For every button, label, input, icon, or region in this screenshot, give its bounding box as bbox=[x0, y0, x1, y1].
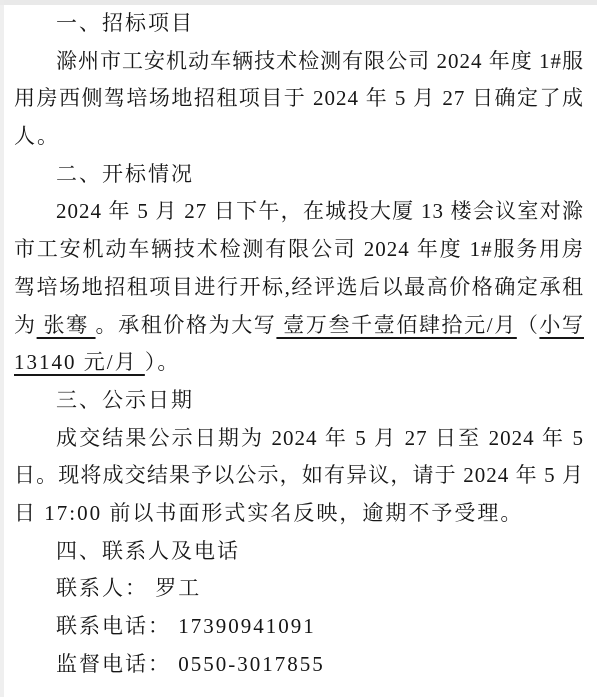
text-segment: 三、公示日期 bbox=[56, 388, 194, 412]
text-segment: ）。 bbox=[145, 350, 181, 374]
para-3-line-2: 日。现将成交结果予以公示，如有异议，请于 2024 年 5 月 29 bbox=[14, 457, 584, 495]
text-segment: 用房西侧驾培场地招租项目于 2024 年 5 月 27 日确定了成交 bbox=[14, 86, 584, 118]
para-1-line-2: 用房西侧驾培场地招租项目于 2024 年 5 月 27 日确定了成交 bbox=[14, 80, 584, 118]
announcement-document: 一、招标项目滁州市工安机动车辆技术检测有限公司 2024 年度 1#服务用房西侧… bbox=[0, 0, 597, 683]
text-segment: 市工安机动车辆技术检测有限公司 2024 年度 1#服务用房西侧 bbox=[14, 237, 584, 269]
para-2-line-3: 驾培场地招租项目进行开标,经评选后以最高价格确定承租人 bbox=[14, 269, 584, 307]
text-segment: 日 17:00 前以书面形式实名反映，逾期不予受理。 bbox=[14, 501, 523, 525]
text-segment: 为 bbox=[14, 313, 37, 337]
text-segment: 联系人： 罗工 bbox=[56, 576, 201, 600]
text-segment: 2024 年 5 月 27 日下午，在城投大厦 13 楼会议室对滁州 bbox=[14, 199, 584, 231]
underlined-value: 壹万叁千壹佰肆拾元/月 bbox=[276, 313, 516, 337]
supervision-phone: 监督电话： 0550-3017855 bbox=[14, 646, 584, 684]
para-2-line-4: 为 张骞 。承租价格为大写 壹万叁千壹佰肆拾元/月（小写 bbox=[14, 307, 584, 345]
announcement-page: 一、招标项目滁州市工安机动车辆技术检测有限公司 2024 年度 1#服务用房西侧… bbox=[0, 0, 597, 697]
contact-phone: 联系电话： 17390941091 bbox=[14, 608, 584, 646]
section-1-heading: 一、招标项目 bbox=[14, 5, 584, 43]
underlined-value: 小写 bbox=[539, 313, 584, 337]
para-1-line-1: 滁州市工安机动车辆技术检测有限公司 2024 年度 1#服务 bbox=[14, 43, 584, 81]
text-segment: 二、开标情况 bbox=[56, 162, 194, 186]
text-segment: （ bbox=[517, 313, 540, 337]
text-segment: 。承租价格为大写 bbox=[96, 313, 277, 337]
text-segment: 人。 bbox=[14, 124, 60, 148]
text-segment: 驾培场地招租项目进行开标,经评选后以最高价格确定承租人 bbox=[14, 275, 584, 307]
text-segment: 监督电话： 0550-3017855 bbox=[56, 652, 325, 676]
para-3-line-1: 成交结果公示日期为 2024 年 5 月 27 日至 2024 年 5 月 29 bbox=[14, 420, 584, 458]
para-1-line-3: 人。 bbox=[14, 118, 584, 156]
para-3-line-3: 日 17:00 前以书面形式实名反映，逾期不予受理。 bbox=[14, 495, 584, 533]
text-segment: 滁州市工安机动车辆技术检测有限公司 2024 年度 1#服务 bbox=[14, 49, 584, 81]
para-2-line-5: 13140 元/月 ）。 bbox=[14, 344, 584, 382]
text-segment: 成交结果公示日期为 2024 年 5 月 27 日至 2024 年 5 月 29 bbox=[14, 426, 584, 458]
underlined-value: 13140 元/月 bbox=[14, 350, 145, 374]
text-segment: 日。现将成交结果予以公示，如有异议，请于 2024 年 5 月 29 bbox=[14, 463, 584, 495]
section-4-heading: 四、联系人及电话 bbox=[14, 533, 584, 571]
underlined-value: 张骞 bbox=[37, 313, 96, 337]
contact-person: 联系人： 罗工 bbox=[14, 570, 584, 608]
text-segment: 一、招标项目 bbox=[56, 11, 194, 35]
section-3-heading: 三、公示日期 bbox=[14, 382, 584, 420]
para-2-line-1: 2024 年 5 月 27 日下午，在城投大厦 13 楼会议室对滁州 bbox=[14, 193, 584, 231]
text-segment: 联系电话： 17390941091 bbox=[56, 614, 316, 638]
section-2-heading: 二、开标情况 bbox=[14, 156, 584, 194]
para-2-line-2: 市工安机动车辆技术检测有限公司 2024 年度 1#服务用房西侧 bbox=[14, 231, 584, 269]
text-segment: 四、联系人及电话 bbox=[56, 539, 240, 563]
